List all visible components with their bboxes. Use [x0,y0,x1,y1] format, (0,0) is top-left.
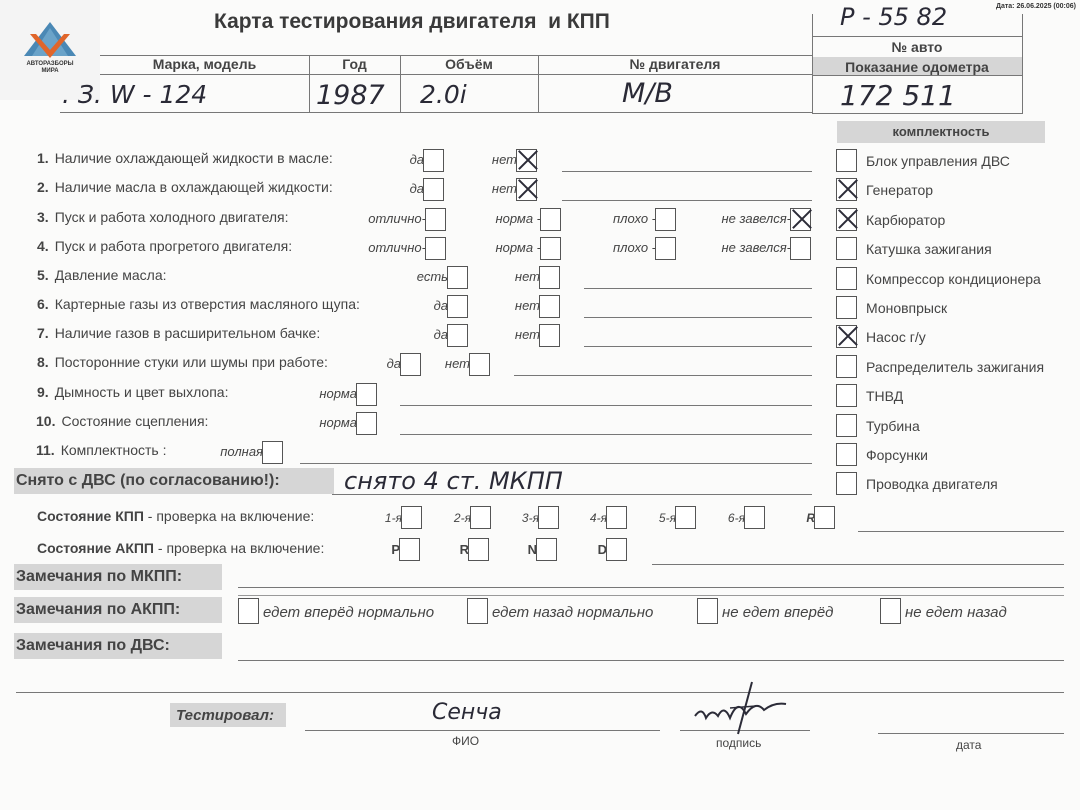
option-checkbox[interactable] [423,149,444,172]
logo-text-line1: АВТОРАЗБОРЫ [0,61,100,67]
option-label: нет [515,269,540,284]
col-header-engine-number: № двигателя [538,56,812,72]
gear-checkbox[interactable] [468,538,489,561]
question-label: Состояние сцепления: [61,413,208,429]
option-checkbox[interactable] [447,266,468,289]
remarks-engine-label: Замечания по ДВС: [14,633,222,659]
option-checkbox[interactable] [516,149,537,172]
question-number: 3. [37,209,49,225]
completeness-label: Карбюратор [866,212,945,228]
completeness-label: Проводка двигателя [866,476,998,492]
completeness-label: Форсунки [866,447,928,463]
gear-label: 1-я [385,511,402,525]
gear-checkbox[interactable] [606,538,627,561]
question-label: Пуск и работа холодного двигателя: [55,209,289,225]
note-line [514,375,812,376]
option-label: есть [417,269,448,284]
question-text: 7.Наличие газов в расширительном бачке: [37,325,320,341]
question-number: 11. [36,442,55,458]
date-caption: дата [956,738,981,752]
option-label: да [387,356,401,371]
auto-remark-label: не едет вперёд [722,604,833,621]
note-line [562,171,812,172]
completeness-label: Генератор [866,182,933,198]
option-checkbox[interactable] [447,295,468,318]
completeness-label: Блок управления ДВС [866,153,1010,169]
completeness-checkbox[interactable] [836,472,857,495]
option-checkbox[interactable] [655,208,676,231]
question-label: Наличие охлаждающей жидкости в масле: [55,150,333,166]
auto-remark-label: не едет назад [905,604,1007,621]
question-text: 3.Пуск и работа холодного двигателя: [37,209,289,225]
question-text: 1.Наличие охлаждающей жидкости в масле: [37,150,333,166]
option-checkbox[interactable] [447,324,468,347]
gear-label: 6-я [728,511,745,525]
remarks-auto-label: Замечания по АКПП: [14,597,222,623]
gear-checkbox[interactable] [538,506,559,529]
removed-value[interactable]: снято 4 ст. МКПП [344,467,563,495]
gear-label: 3-я [522,511,539,525]
question-text: 9.Дымность и цвет выхлопа: [37,384,228,400]
option-checkbox[interactable] [539,324,560,347]
question-number: 4. [37,238,49,254]
completeness-checkbox[interactable] [836,325,857,348]
completeness-checkbox[interactable] [836,178,857,201]
option-checkbox[interactable] [356,412,377,435]
completeness-checkbox[interactable] [836,149,857,172]
auto-gearbox-label: Состояние АКПП - проверка на включение: [37,540,324,556]
question-label: Наличие масла в охлаждающей жидкости: [55,179,333,195]
question-label: Давление масла: [55,267,167,283]
option-checkbox[interactable] [539,266,560,289]
option-checkbox[interactable] [655,237,676,260]
completeness-checkbox[interactable] [836,296,857,319]
gear-checkbox[interactable] [814,506,835,529]
option-label: нет [492,152,517,167]
option-checkbox[interactable] [790,208,811,231]
tester-name-value[interactable]: Сенча [432,700,502,725]
signature-icon [690,678,810,738]
question-text: 6.Картерные газы из отверстия масляного … [37,296,360,312]
completeness-label: Распределитель зажигания [866,359,1044,375]
name-caption: ФИО [452,734,479,748]
option-checkbox[interactable] [790,237,811,260]
completeness-checkbox[interactable] [836,355,857,378]
completeness-label: ТНВД [866,388,903,404]
question-text: 4.Пуск и работа прогретого двигателя: [37,238,292,254]
option-label: нет [492,181,517,196]
note-line [400,405,812,406]
option-checkbox[interactable] [540,237,561,260]
question-label: Пуск и работа прогретого двигателя: [55,238,292,254]
question-number: 8. [37,354,49,370]
auto-remark-label: едет вперёд нормально [263,604,434,621]
option-label: нет [515,298,540,313]
tested-by-label-text: Тестировал: [176,707,274,724]
question-text: 5.Давление масла: [37,267,167,283]
completeness-label: Насос г/у [866,329,926,345]
gear-label: 2-я [454,511,471,525]
question-text: 10.Состояние сцепления: [36,413,208,429]
mountain-v-logo-icon [24,22,76,60]
engine-number-value: M/B [622,78,673,109]
option-checkbox[interactable] [540,208,561,231]
question-row: 9.Дымность и цвет выхлопа:норма [0,383,1080,407]
gear-checkbox[interactable] [744,506,765,529]
note-line [562,200,812,201]
removed-label: Снято с ДВС (по согласованию!): [14,468,334,494]
option-checkbox[interactable] [425,208,446,231]
gear-checkbox[interactable] [536,538,557,561]
make-model-value: . З. W - 124 [62,80,207,109]
car-number-label: № авто [812,39,1022,55]
option-label: плохо - [613,211,656,226]
completeness-label: Катушка зажигания [866,241,992,257]
odometer-label: Показание одометра [812,59,1022,75]
option-label: отлично- [368,211,426,226]
option-label: не завелся- [721,211,791,226]
option-label: нет [445,356,470,371]
question-number: 5. [37,267,49,283]
option-label: да [410,181,424,196]
option-checkbox[interactable] [262,441,283,464]
question-number: 10. [36,413,55,429]
option-label: отлично- [368,240,426,255]
gear-checkbox[interactable] [470,506,491,529]
completeness-label: Моновпрыск [866,300,947,316]
gear-label: 4-я [590,511,607,525]
option-label: полная [220,444,263,459]
gear-checkbox[interactable] [606,506,627,529]
completeness-checkbox[interactable] [836,267,857,290]
page-title: Карта тестирования двигателя и КПП [214,10,610,34]
completeness-title-text: комплектность [837,124,1045,139]
auto-remark-checkbox[interactable] [238,598,259,624]
gear-checkbox[interactable] [399,538,420,561]
question-text: 8.Посторонние стуки или шумы при работе: [37,354,328,370]
question-number: 2. [37,179,49,195]
col-header-make-model: Марка, модель [100,56,309,72]
col-header-year: Год [309,56,400,72]
question-text: 2.Наличие масла в охлаждающей жидкости: [37,179,333,195]
option-label: плохо - [613,240,656,255]
auto-remark-checkbox[interactable] [467,598,488,624]
gear-checkbox[interactable] [401,506,422,529]
option-label: нет [515,327,540,342]
completeness-checkbox[interactable] [836,384,857,407]
question-number: 1. [37,150,49,166]
gear-checkbox[interactable] [675,506,696,529]
question-label: Комплектность : [61,442,167,458]
completeness-label: Турбина [866,418,920,434]
option-checkbox[interactable] [400,353,421,376]
remarks-manual-label: Замечания по МКПП: [14,564,222,590]
note-line [300,463,812,464]
signature-caption: подпись [716,736,761,750]
option-label: да [434,327,448,342]
option-label: норма - [495,240,541,255]
completeness-checkbox[interactable] [836,414,857,437]
auto-remark-label: едет назад нормально [492,604,653,621]
completeness-checkbox[interactable] [836,443,857,466]
option-label: да [410,152,424,167]
question-label: Наличие газов в расширительном бачке: [55,325,321,341]
gear-label: 5-я [659,511,676,525]
car-number-value: P - 55 82 [840,3,947,31]
question-label: Дымность и цвет выхлопа: [55,384,229,400]
auto-remark-checkbox[interactable] [880,598,901,624]
scan-date-stamp: Дата: 26.06.2025 (00:06) [996,3,1076,10]
option-checkbox[interactable] [356,383,377,406]
option-label: не завелся- [721,240,791,255]
odometer-value: 172 511 [840,79,956,112]
question-label: Картерные газы из отверстия масляного щу… [55,296,360,312]
option-label: норма [319,386,357,401]
manual-gearbox-label: Состояние КПП - проверка на включение: [37,508,314,524]
note-line [584,317,812,318]
option-checkbox[interactable] [539,295,560,318]
completeness-checkbox[interactable] [836,237,857,260]
volume-value: 2.0i [420,80,467,109]
option-label: норма [319,415,357,430]
option-checkbox[interactable] [425,237,446,260]
option-label: да [434,298,448,313]
option-label: норма - [495,211,541,226]
completeness-checkbox[interactable] [836,208,857,231]
logo-text-line2: МИРА [0,68,100,74]
auto-remark-checkbox[interactable] [697,598,718,624]
question-text: 11.Комплектность : [36,442,167,458]
note-line [584,288,812,289]
question-number: 6. [37,296,49,312]
question-number: 9. [37,384,49,400]
year-value: 1987 [316,80,385,111]
note-line [584,346,812,347]
option-checkbox[interactable] [516,178,537,201]
question-number: 7. [37,325,49,341]
completeness-label: Компрессор кондиционера [866,271,1041,287]
col-header-volume: Объём [400,56,538,72]
option-checkbox[interactable] [423,178,444,201]
option-checkbox[interactable] [469,353,490,376]
question-label: Посторонние стуки или шумы при работе: [55,354,328,370]
note-line [400,434,812,435]
